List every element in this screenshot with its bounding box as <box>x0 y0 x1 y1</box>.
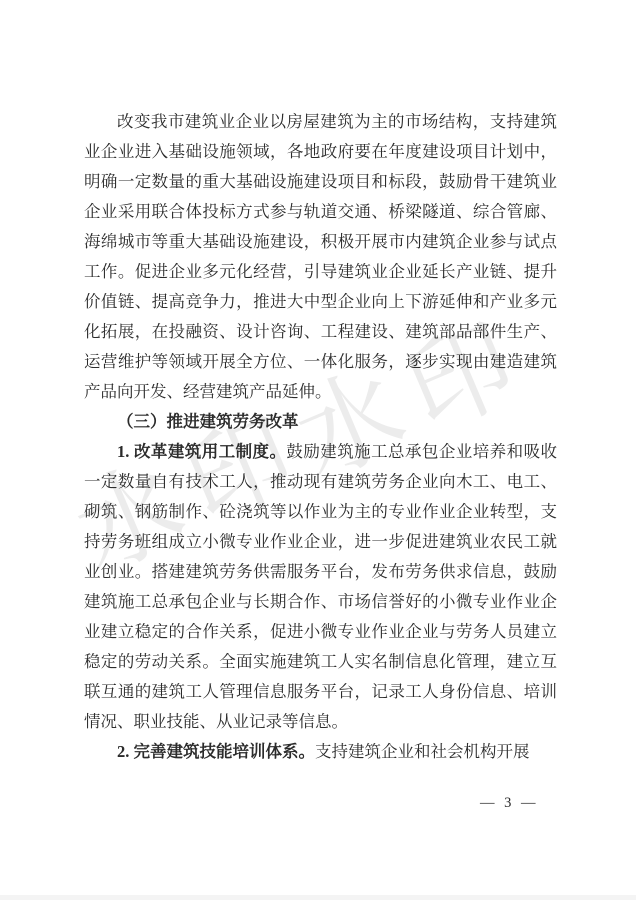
paragraph-skill-training-system: 2. 完善建筑技能培训体系。支持建筑企业和社会机构开展 <box>84 737 557 767</box>
item-1-title: 1. 改革建筑用工制度。 <box>117 442 286 461</box>
item-2-title: 2. 完善建筑技能培训体系。 <box>117 742 315 761</box>
page-number: — 3 — <box>480 795 539 812</box>
page-bottom-edge <box>0 895 636 900</box>
paragraph-labor-employment-system: 1. 改革建筑用工制度。鼓励建筑施工总承包企业培养和吸收一定数量自有技术工人，推… <box>84 437 557 737</box>
paragraph-market-structure: 改变我市建筑业企业以房屋建筑为主的市场结构，支持建筑业企业进入基础设施领域，各地… <box>84 107 557 407</box>
document-page: 水印水印 改变我市建筑业企业以房屋建筑为主的市场结构，支持建筑业企业进入基础设施… <box>0 0 636 900</box>
item-2-text: 支持建筑企业和社会机构开展 <box>315 742 530 761</box>
section-heading-labor-reform: （三）推进建筑劳务改革 <box>84 407 557 437</box>
document-body: 改变我市建筑业企业以房屋建筑为主的市场结构，支持建筑业企业进入基础设施领域，各地… <box>84 107 557 767</box>
item-1-text: 鼓励建筑施工总承包企业培养和吸收一定数量自有技术工人，推动现有建筑劳务企业向木工… <box>84 442 557 731</box>
